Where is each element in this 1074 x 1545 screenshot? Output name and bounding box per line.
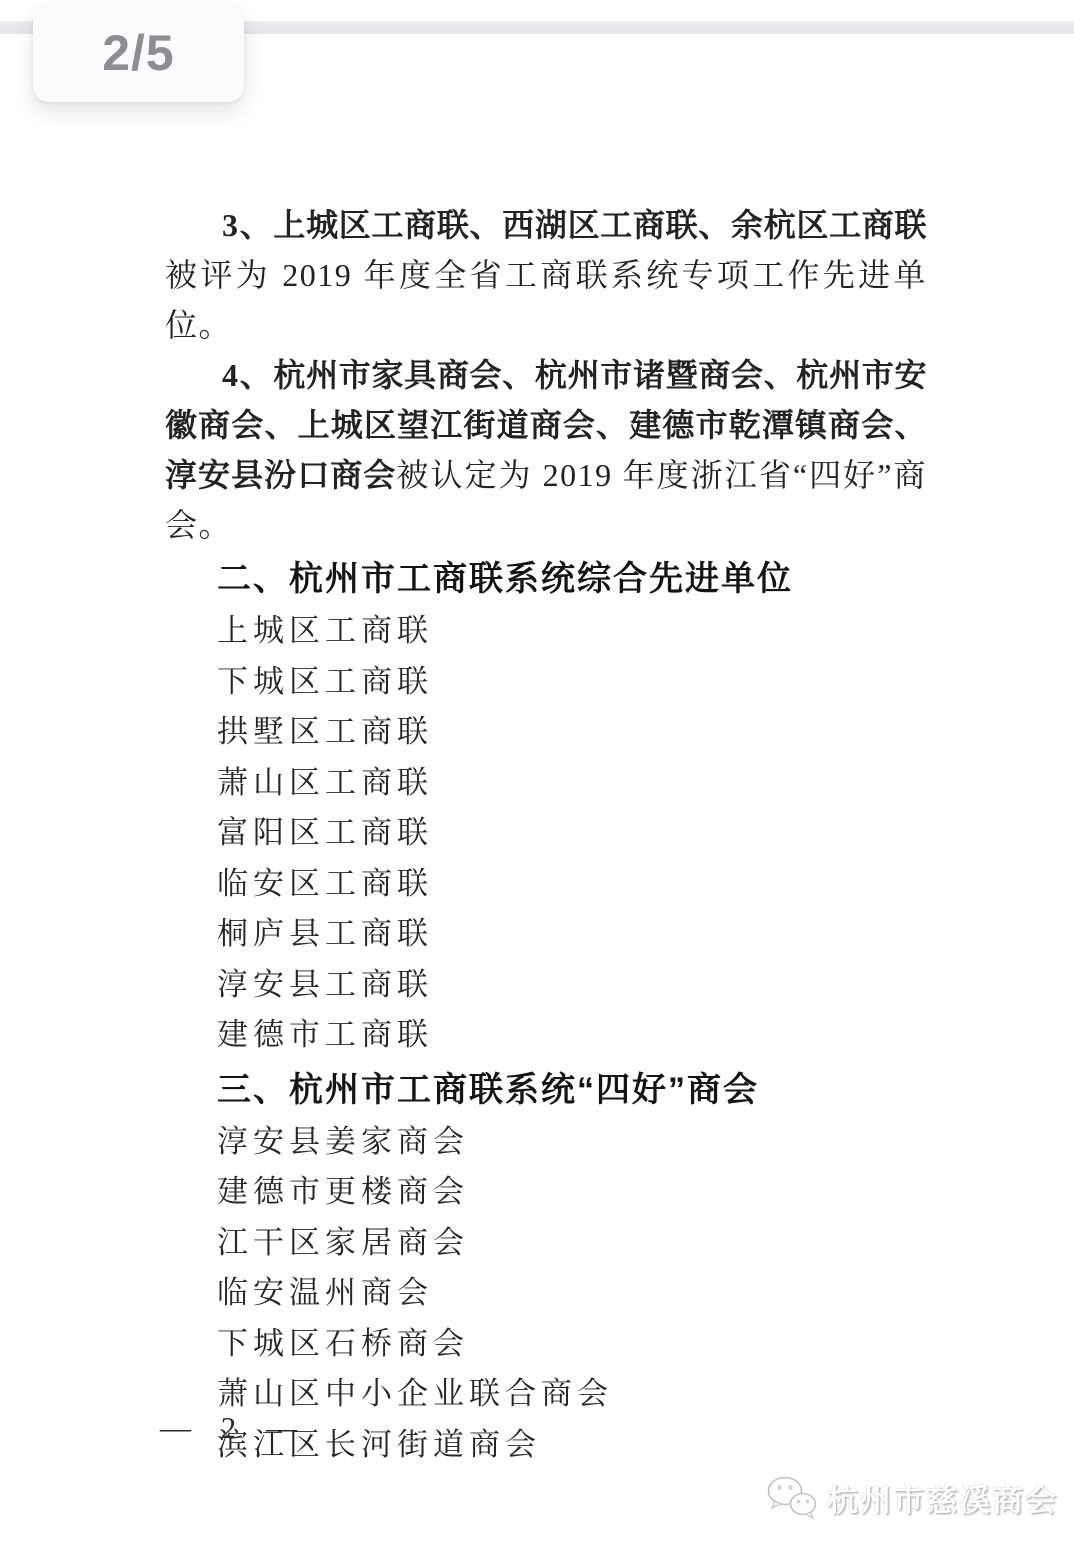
list-item: 临安区工商联	[217, 859, 927, 910]
list-item: 临安温州商会	[217, 1268, 927, 1319]
section-3-heading: 三、杭州市工商联系统“四好”商会	[165, 1064, 927, 1116]
section-2-heading: 二、杭州市工商联系统综合先进单位	[165, 553, 927, 605]
watermark-label: 杭州市慈溪商会	[827, 1475, 1058, 1520]
list-item: 上城区工商联	[217, 606, 927, 657]
document-page: 2/5 3、上城区工商联、西湖区工商联、余杭区工商联被评为 2019 年度全省工…	[0, 0, 1074, 1545]
list-item: 建德市更楼商会	[217, 1167, 927, 1218]
paragraph-4-number: 4、	[222, 357, 273, 393]
list-item: 桐庐县工商联	[217, 909, 927, 960]
paragraph-3: 3、上城区工商联、西湖区工商联、余杭区工商联被评为 2019 年度全省工商联系统…	[165, 200, 927, 350]
list-item: 滨江区长河街道商会	[217, 1420, 927, 1471]
list-item: 江干区家居商会	[217, 1218, 927, 1269]
page-number: — 2 —	[160, 1410, 301, 1446]
section-2-list: 上城区工商联 下城区工商联 拱墅区工商联 萧山区工商联 富阳区工商联 临安区工商…	[165, 606, 927, 1061]
paragraph-3-bold-names: 上城区工商联、西湖区工商联、余杭区工商联	[273, 207, 927, 243]
list-item: 拱墅区工商联	[217, 707, 927, 758]
list-item: 富阳区工商联	[217, 808, 927, 859]
list-item: 淳安县工商联	[217, 960, 927, 1011]
list-item: 建德市工商联	[217, 1010, 927, 1061]
paragraph-3-number: 3、	[222, 207, 273, 243]
document-body: 3、上城区工商联、西湖区工商联、余杭区工商联被评为 2019 年度全省工商联系统…	[165, 200, 927, 1470]
page-indicator-label: 2/5	[102, 24, 175, 82]
watermark: 杭州市慈溪商会	[765, 1474, 1058, 1520]
list-item: 萧山区工商联	[217, 758, 927, 809]
page-indicator-badge: 2/5	[33, 4, 244, 102]
list-item: 下城区工商联	[217, 657, 927, 708]
list-item: 萧山区中小企业联合商会	[217, 1369, 927, 1420]
paragraph-4: 4、杭州市家具商会、杭州市诸暨商会、杭州市安徽商会、上城区望江街道商会、建德市乾…	[165, 350, 927, 550]
list-item: 淳安县姜家商会	[217, 1117, 927, 1168]
list-item: 下城区石桥商会	[217, 1319, 927, 1370]
wechat-icon	[765, 1474, 819, 1520]
paragraph-3-text: 被评为 2019 年度全省工商联系统专项工作先进单位。	[165, 257, 927, 343]
